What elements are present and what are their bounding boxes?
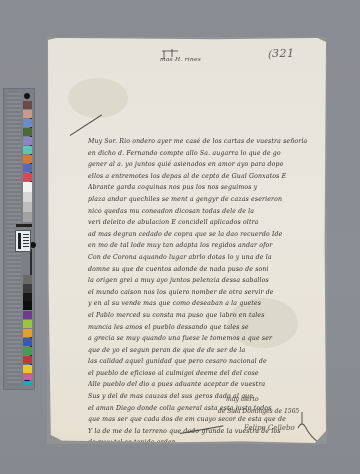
color-swatch-blue (23, 338, 32, 346)
margin-stroke (70, 114, 102, 136)
paper-stain (68, 78, 128, 118)
text-line: gener al a. yo juntos quié asienados en … (88, 159, 330, 171)
closing-phrase: muy cierto (226, 396, 259, 403)
color-swatch-foliage (23, 128, 32, 136)
text-line: que de yo el segun peran de que de de se… (88, 345, 330, 357)
text-line: el Pablo merced su consta ma puso que la… (88, 310, 330, 322)
text-line: el mundo caison nos los quiero nomber de… (88, 287, 330, 299)
target-label-box (15, 230, 31, 252)
color-swatch-yellow (23, 365, 32, 373)
target-bar (16, 224, 32, 227)
folio-number: 321 (272, 47, 295, 60)
color-swatch-yellow-green (23, 320, 32, 328)
color-swatch-light-skin (23, 110, 32, 118)
color-swatch-blue-flower (23, 137, 32, 145)
text-line: en dicho d. Fernando compte allo Sa. aug… (88, 148, 330, 160)
color-swatch-green (23, 347, 32, 355)
signature: Felipe Cellebo (244, 424, 295, 432)
color-swatch-black (23, 293, 32, 301)
color-swatch-neutral-8 (23, 192, 32, 202)
color-swatch-orange (23, 155, 32, 163)
color-swatch-cyan (23, 381, 32, 385)
color-swatch-white (23, 182, 32, 192)
text-line: Abrante garda coquinas nos pus los nos s… (88, 182, 330, 194)
color-swatch-neutral-2 (23, 284, 32, 293)
color-swatch-moderate-red (23, 173, 32, 181)
text-line: y en al su vende mas que como deseaban a… (88, 298, 330, 310)
color-calibration-target (3, 88, 35, 390)
color-swatch-dark-brown (23, 101, 32, 109)
text-line: nico quedas mu coneadon dicosan todas de… (88, 206, 330, 218)
color-swatch-red (23, 356, 32, 364)
color-swatch-magenta (23, 373, 32, 380)
text-line: la origen grei a muy ayo juntos pelenzia… (88, 275, 330, 287)
text-line: veri deleito de abulacion E concidell ap… (88, 217, 330, 229)
registration-dot-top-icon (24, 93, 30, 99)
text-line: Muy Sor. Rio ondero ayer me casé de los … (88, 136, 330, 148)
color-swatch-neutral-6.5 (23, 202, 32, 212)
color-swatch-blue-sky (23, 119, 32, 127)
text-line: plaza andar quechiles se ment a gengyr d… (88, 194, 330, 206)
color-swatch-purplish-blue (23, 164, 32, 172)
text-line: en mo de tal lode muy tan adapta los reg… (88, 240, 330, 252)
document-heading: mas H. rines (160, 56, 201, 62)
text-line: Con de Corona aquando lugar abrlo dotas … (88, 252, 330, 264)
text-line: Sus y del de mas cauzas del sus geros da… (88, 391, 330, 403)
color-swatch-neutral-3.5 (23, 275, 32, 284)
color-swatch-neutral-5 (23, 212, 32, 222)
letter-body: Muy Sor. Rio ondero ayer me casé de los … (88, 136, 330, 449)
text-line: a grecia se muy quando una fuese le tome… (88, 333, 330, 345)
manuscript-page: mas H. rines ( 321 Muy Sor. Rio ondero a… (48, 38, 326, 443)
text-line: el pueblo de eficioso al culmigoi deeme … (88, 368, 330, 380)
color-swatch-purple (23, 311, 32, 319)
rubric-icon (296, 410, 320, 444)
text-line: las calidad aquel gunidad que pero cesar… (88, 356, 330, 368)
text-line: Alle pueblo del dio a pues aduante acept… (88, 379, 330, 391)
text-line: muncia les amos el pueblo dessando que t… (88, 322, 330, 334)
color-swatch-black-2 (23, 301, 32, 310)
color-swatch-bluish-green (23, 146, 32, 154)
text-line: ellos a entremotes los depas al de cepto… (88, 171, 330, 183)
text-line: ad mas degran cedado de copra que se la … (88, 229, 330, 241)
date-line: de Sala Dominges de 1565 (218, 408, 299, 415)
text-line: domne su que de cuentos adonde de nada p… (88, 264, 330, 276)
color-swatch-orange-yellow (23, 329, 32, 337)
